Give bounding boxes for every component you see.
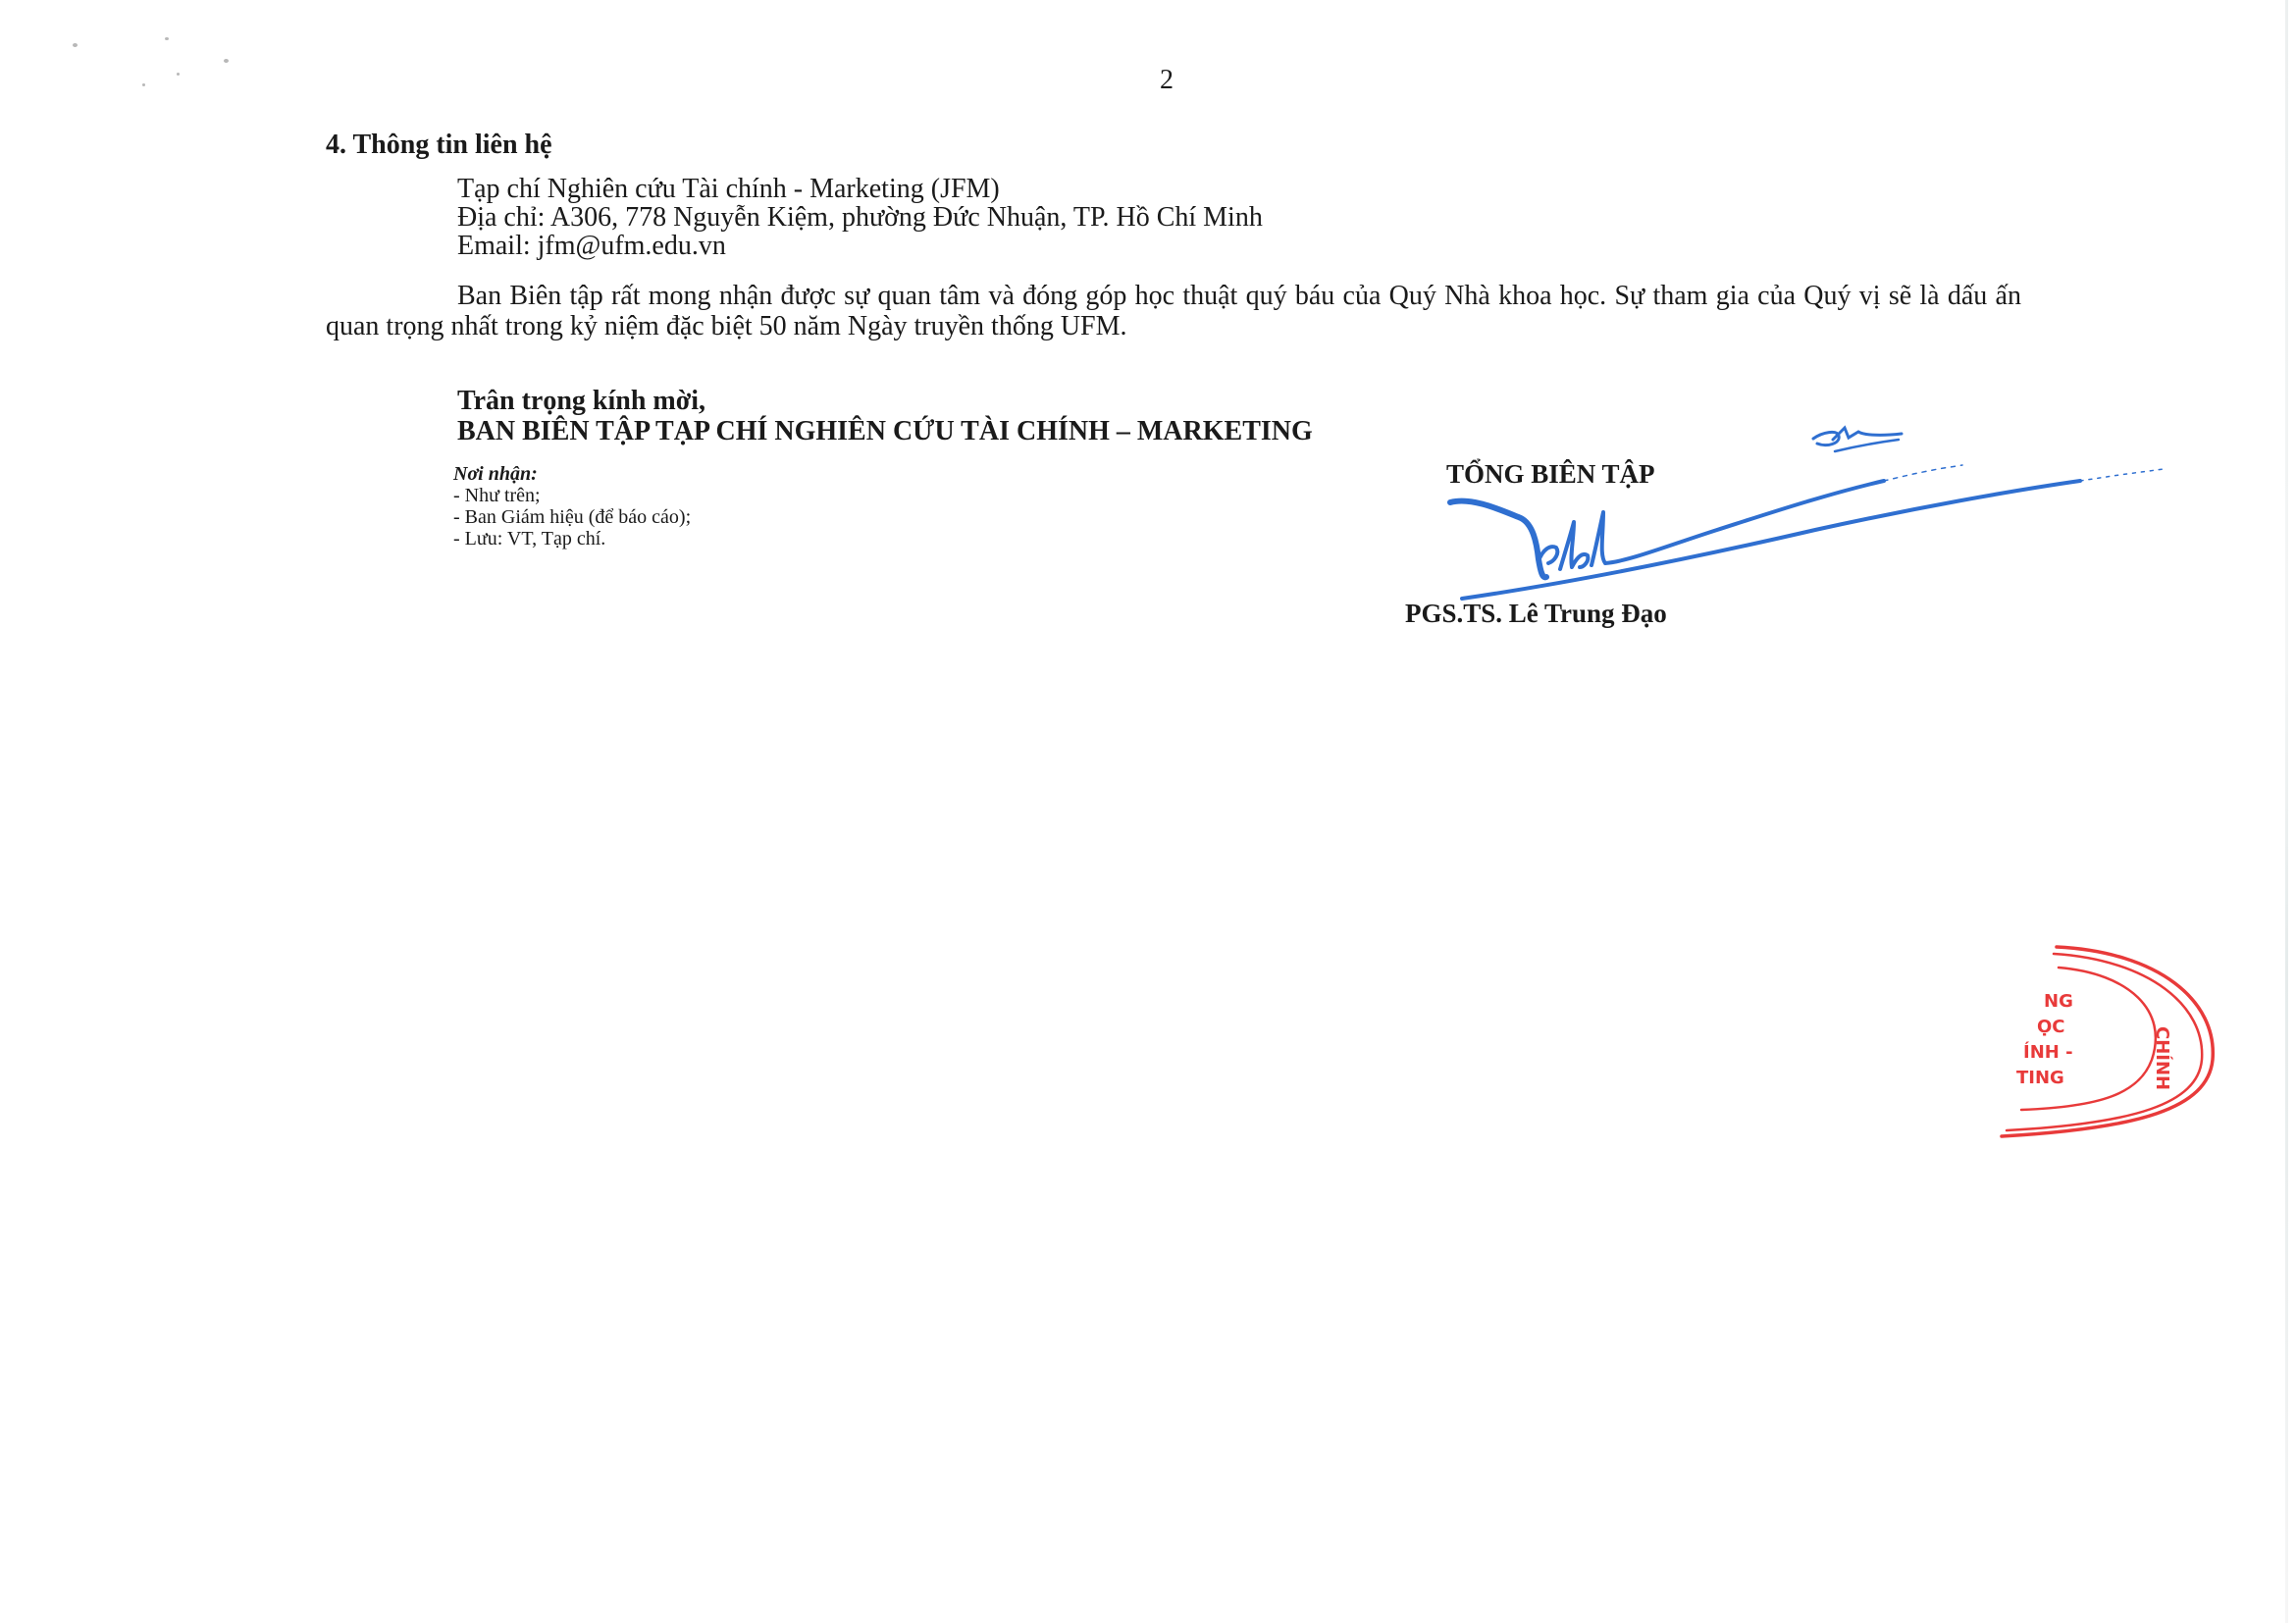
signature xyxy=(1450,465,2164,599)
svg-text:NG: NG xyxy=(2044,991,2073,1012)
svg-text:TING: TING xyxy=(2016,1068,2064,1088)
svg-text:CHÍNH: CHÍNH xyxy=(2152,1026,2173,1090)
stamp-text: NG ỌC ÍNH - TING CHÍNH xyxy=(2016,991,2173,1090)
annotations-layer: NG ỌC ÍNH - TING CHÍNH xyxy=(0,0,2296,1623)
initials-mark xyxy=(1813,428,1902,451)
document-page: 2 4. Thông tin liên hệ Tạp chí Nghiên cứ… xyxy=(0,0,2296,1623)
svg-text:ỌC: ỌC xyxy=(2037,1017,2065,1037)
svg-text:ÍNH -: ÍNH - xyxy=(2023,1041,2073,1063)
